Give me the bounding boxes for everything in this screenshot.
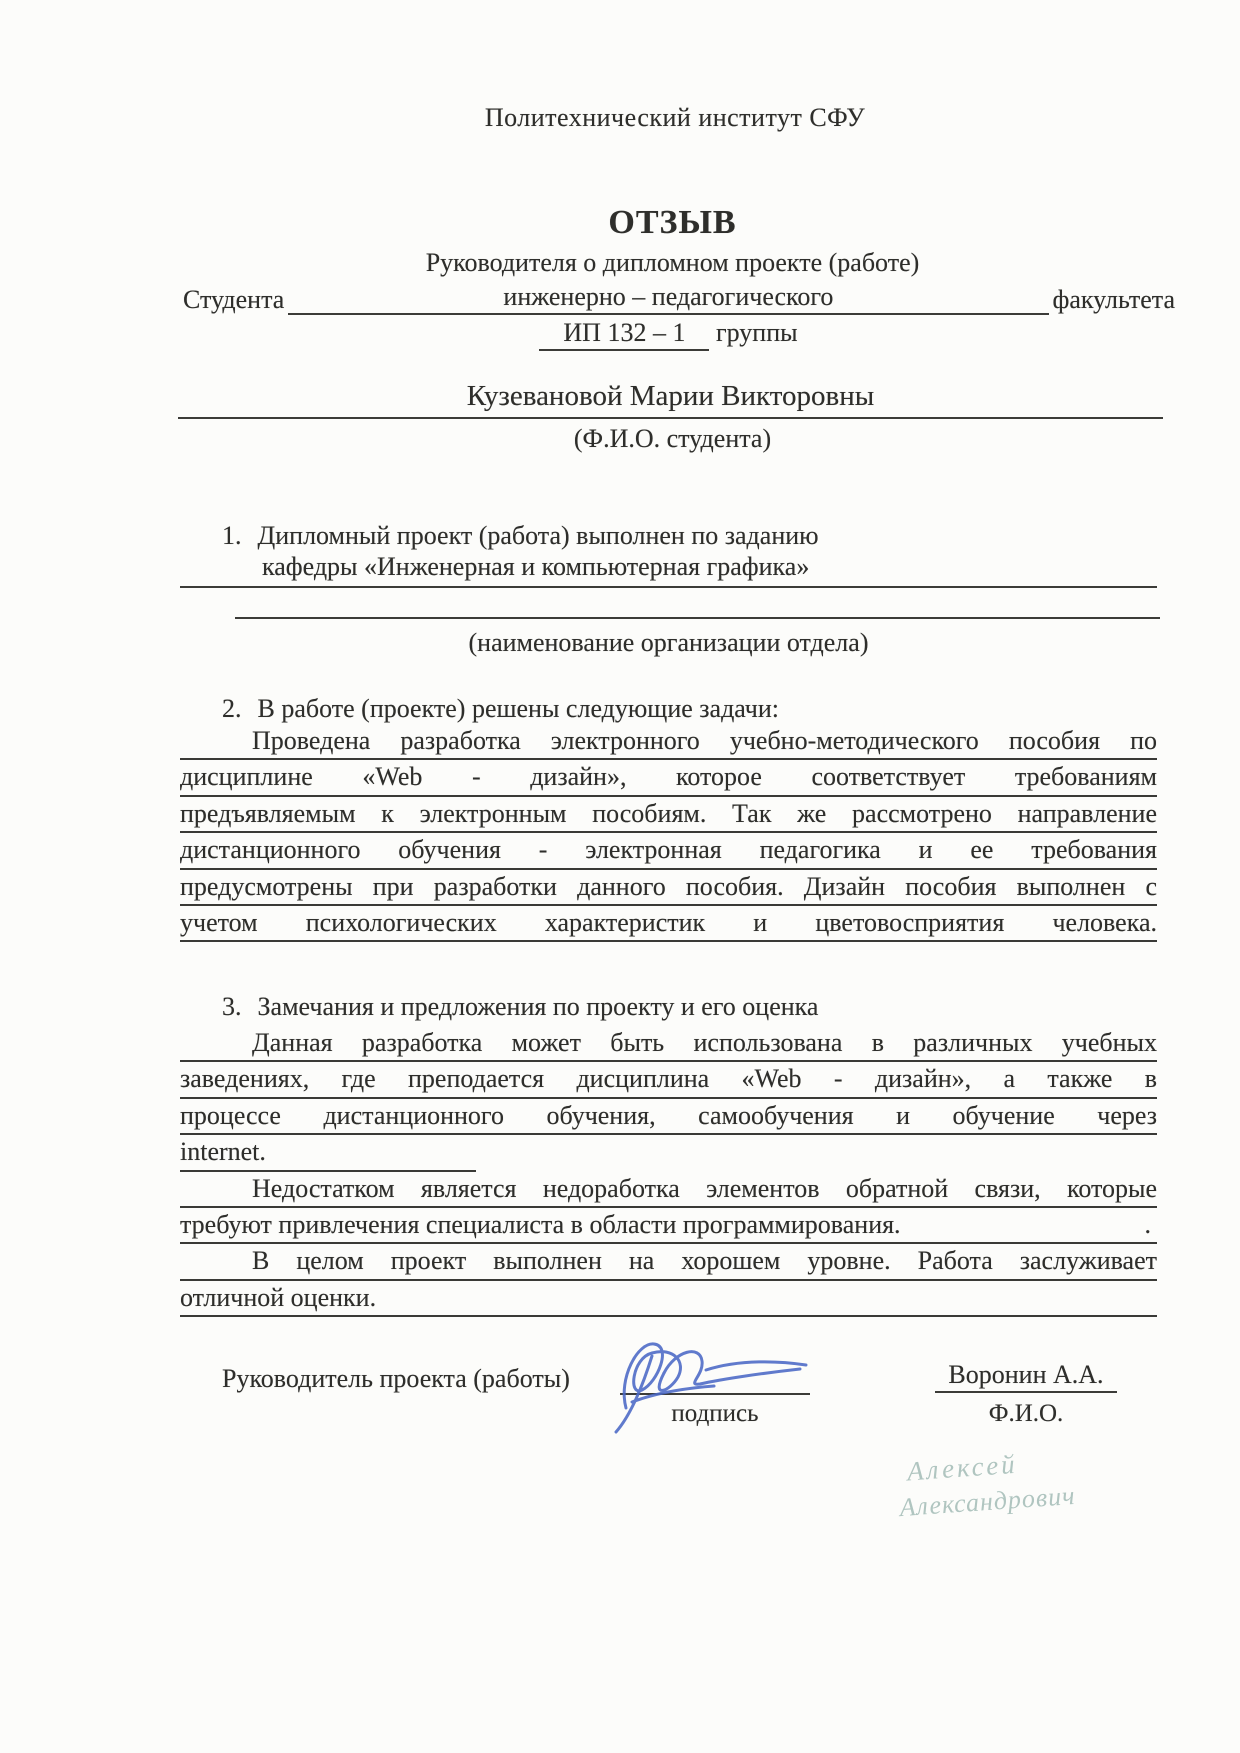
section1-heading: 1.Дипломный проект (работа) выполнен по … <box>222 521 819 551</box>
paragraph-line: . требуют привлечения специалиста в обла… <box>180 1208 1157 1244</box>
section1-text: Дипломный проект (работа) выполнен по за… <box>258 521 819 550</box>
section1-blank-line <box>235 589 1160 619</box>
document-title: ОТЗЫВ <box>180 204 1165 242</box>
paragraph-line: предъявляемым к электронным пособиям. Та… <box>180 797 1157 833</box>
paragraph-line: В целом проект выполнен на хорошем уровн… <box>180 1244 1157 1280</box>
signature-ink <box>588 1328 822 1436</box>
section2-heading: 2.В работе (проекте) решены следующие за… <box>222 694 779 724</box>
student-faculty-row: Студента инженерно – педагогического фак… <box>183 282 1175 315</box>
group-label: группы <box>716 318 798 347</box>
supervisor-name-caption: Ф.И.О. <box>935 1400 1117 1428</box>
supervisor-name: Воронин А.А. <box>935 1360 1117 1393</box>
supervisor-signature-label: Руководитель проекта (работы) <box>222 1364 570 1394</box>
paragraph-line: процессе дистанционного обучения, самооб… <box>180 1099 1157 1135</box>
paragraph-line: Данная разработка может быть использован… <box>180 1026 1157 1062</box>
paragraph-line: предусмотрены при разработки данного пос… <box>180 870 1157 906</box>
paragraph-line: Недостатком является недоработка элемент… <box>180 1172 1157 1208</box>
section3-number: 3. <box>222 992 242 1022</box>
handwritten-line: Алексей <box>906 1449 1018 1487</box>
paragraph-line: заведениях, где преподается дисциплина «… <box>180 1062 1157 1098</box>
handwritten-name-note: Алексей Александрович <box>906 1433 1210 1526</box>
institute-header: Политехнический институт СФУ <box>180 103 1170 133</box>
faculty-label: факультета <box>1053 285 1175 315</box>
section3-heading: 3.Замечания и предложения по проекту и е… <box>222 992 818 1022</box>
stray-period-mark: . <box>1145 1208 1158 1242</box>
faculty-blank-value: инженерно – педагогического <box>288 282 1048 315</box>
paragraph-line-text: требуют привлечения специалиста в област… <box>180 1210 901 1239</box>
section3-paragraph: Данная разработка может быть использован… <box>180 1026 1157 1317</box>
paragraph-line: отличной оценки. <box>180 1281 1157 1317</box>
paragraph-line: internet. <box>180 1135 476 1171</box>
student-name-line: Кузевановой Марии Викторовны <box>178 380 1163 419</box>
document-subtitle: Руководителя о дипломном проекте (работе… <box>180 248 1165 278</box>
section1-number: 1. <box>222 521 242 551</box>
section2-paragraph: Проведена разработка электронного учебно… <box>180 724 1157 942</box>
paragraph-line: дистанционного обучения - электронная пе… <box>180 833 1157 869</box>
section1-department-line: кафедры «Инженерная и компьютерная графи… <box>180 552 1157 588</box>
section1-caption: (наименование организации отдела) <box>180 628 1157 658</box>
section2-number: 2. <box>222 694 242 724</box>
student-name-caption: (Ф.И.О. студента) <box>180 424 1165 454</box>
paragraph-line: дисциплине «Web - дизайн», которое соотв… <box>180 760 1157 796</box>
group-row: ИП 132 – 1 группы <box>180 318 1157 351</box>
student-label: Студента <box>183 285 284 315</box>
paragraph-line: Проведена разработка электронного учебно… <box>180 724 1157 760</box>
group-blank-value: ИП 132 – 1 <box>539 318 709 351</box>
section3-text: Замечания и предложения по проекту и его… <box>258 992 819 1021</box>
scanned-review-document: Политехнический институт СФУ ОТЗЫВ Руков… <box>0 0 1240 1753</box>
section2-text: В работе (проекте) решены следующие зада… <box>258 694 780 723</box>
paragraph-line: учетом психологических характеристик и ц… <box>180 906 1157 942</box>
